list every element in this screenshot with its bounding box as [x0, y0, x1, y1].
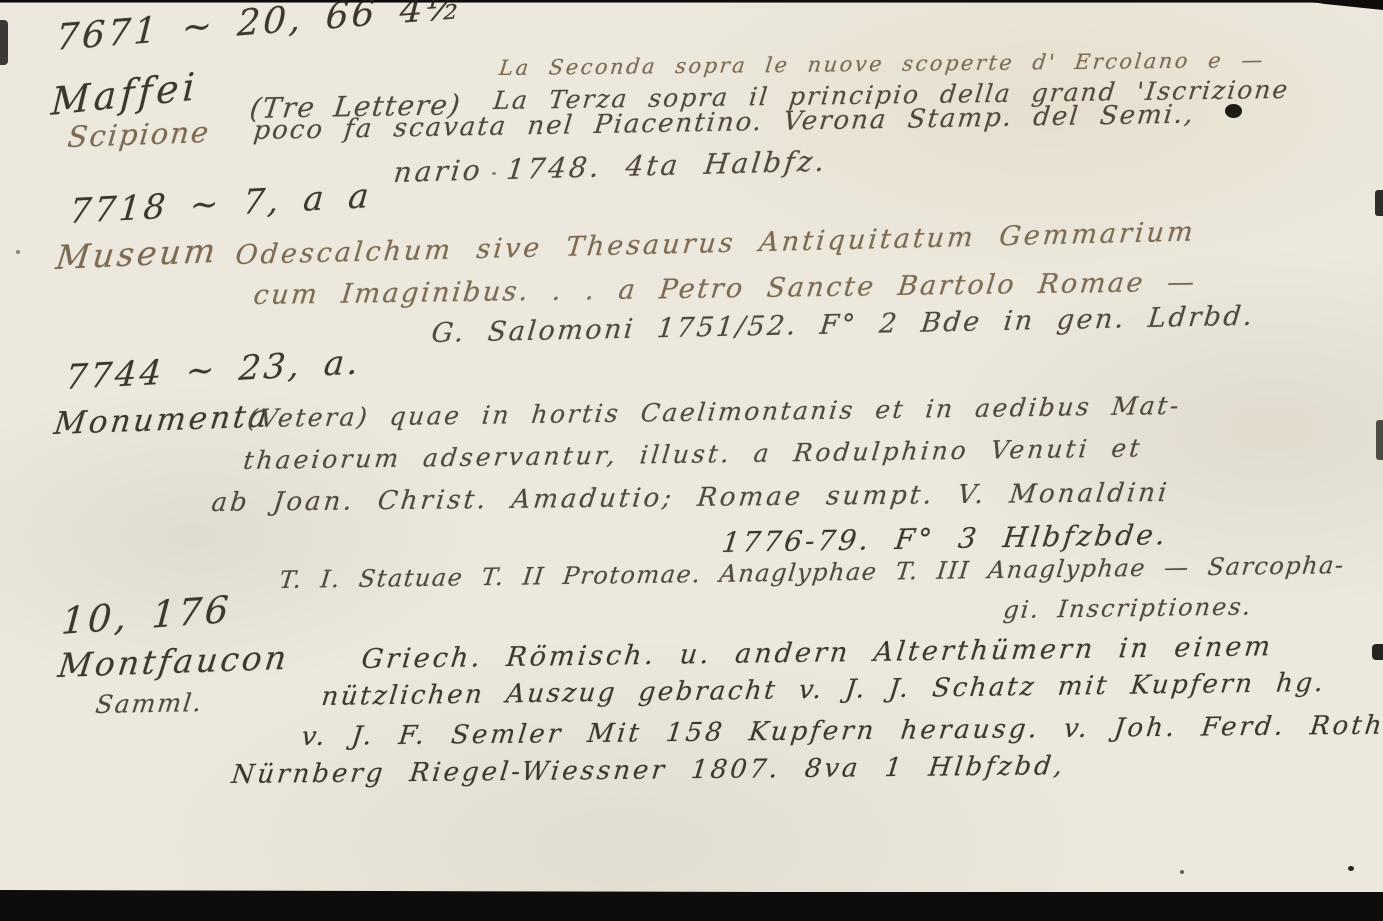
- scan-edge-right-mark: [1375, 190, 1383, 216]
- scan-edge-right-mark: [1372, 644, 1383, 660]
- ink-blot: [1225, 104, 1242, 118]
- scan-edge-left: [0, 20, 8, 65]
- manuscript-scan: 7671 ~ 20, 66 4½ La Seconda sopra le nuo…: [0, 0, 1383, 921]
- author-subheading: Scipione: [66, 115, 212, 154]
- ink-speck: [1348, 866, 1354, 871]
- author-subheading: Samml.: [94, 688, 205, 719]
- ink-speck: [492, 172, 496, 175]
- ink-speck: [16, 250, 20, 254]
- ink-speck: [1180, 870, 1184, 874]
- entry-line: gi. Inscriptiones.: [1002, 592, 1254, 624]
- author-heading: Monumenta: [52, 398, 272, 442]
- author-heading: Montfaucon: [56, 638, 292, 685]
- scan-edge-top: [0, 0, 1383, 3]
- scan-edge-right-mark: [1376, 420, 1383, 460]
- scan-edge-bottom: [0, 890, 1383, 921]
- author-heading: Museum: [54, 231, 220, 277]
